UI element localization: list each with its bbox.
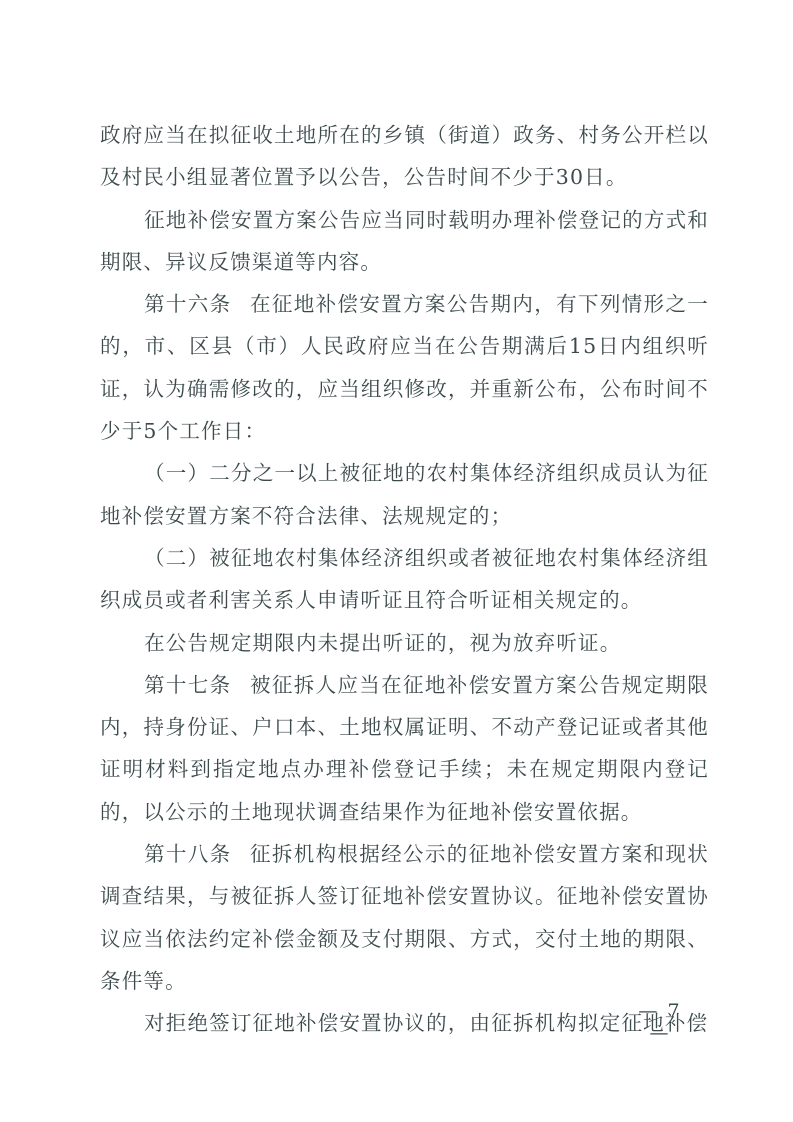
- article-number: 第十八条: [144, 842, 231, 866]
- document-page: 政府应当在拟征收土地所在的乡镇（街道）政务、村务公开栏以及村民小组显著位置予以公…: [0, 0, 793, 1122]
- paragraph-text: 征地补偿安置方案公告应当同时载明办理补偿登记的方式和期限、异议反馈渠道等内容。: [100, 208, 709, 274]
- paragraph-text: 在公告规定期限内未提出听证的，视为放弃听证。: [144, 631, 621, 655]
- article-16-item-2: （二）被征地农村集体经济组织或者被征地农村集体经济组织成员或者利害关系人申请听证…: [100, 537, 709, 622]
- article-16: 第十六条在征地补偿安置方案公告期内，有下列情形之一的，市、区县（市）人民政府应当…: [100, 283, 709, 452]
- article-16-item-1: （一）二分之一以上被征地的农村集体经济组织成员认为征地补偿安置方案不符合法律、法…: [100, 452, 709, 537]
- paragraph-refusal: 对拒绝签订征地补偿安置协议的，由征拆机构拟定征地补偿: [100, 1002, 709, 1044]
- article-18: 第十八条征拆机构根据经公示的征地补偿安置方案和现状调查结果，与被征拆人签订征地补…: [100, 833, 709, 1002]
- body-text: 政府应当在拟征收土地所在的乡镇（街道）政务、村务公开栏以及村民小组显著位置予以公…: [100, 114, 709, 1045]
- article-number: 第十六条: [144, 292, 231, 316]
- paragraph-text: 对拒绝签订征地补偿安置协议的，由征拆机构拟定征地补偿: [144, 1011, 708, 1035]
- page-number: — 7 —: [628, 1000, 692, 1044]
- article-number: 第十七条: [144, 673, 231, 697]
- paragraph-registration-notice: 征地补偿安置方案公告应当同时载明办理补偿登记的方式和期限、异议反馈渠道等内容。: [100, 199, 709, 284]
- paragraph-waiver: 在公告规定期限内未提出听证的，视为放弃听证。: [100, 622, 709, 664]
- paragraph-text: （一）二分之一以上被征地的农村集体经济组织成员认为征地补偿安置方案不符合法律、法…: [100, 461, 709, 527]
- paragraph-text: （二）被征地农村集体经济组织或者被征地农村集体经济组织成员或者利害关系人申请听证…: [100, 546, 709, 612]
- article-17: 第十七条被征拆人应当在征地补偿安置方案公告规定期限内，持身份证、户口本、土地权属…: [100, 664, 709, 833]
- paragraph-text: 政府应当在拟征收土地所在的乡镇（街道）政务、村务公开栏以及村民小组显著位置予以公…: [100, 123, 709, 189]
- paragraph-continued: 政府应当在拟征收土地所在的乡镇（街道）政务、村务公开栏以及村民小组显著位置予以公…: [100, 114, 709, 199]
